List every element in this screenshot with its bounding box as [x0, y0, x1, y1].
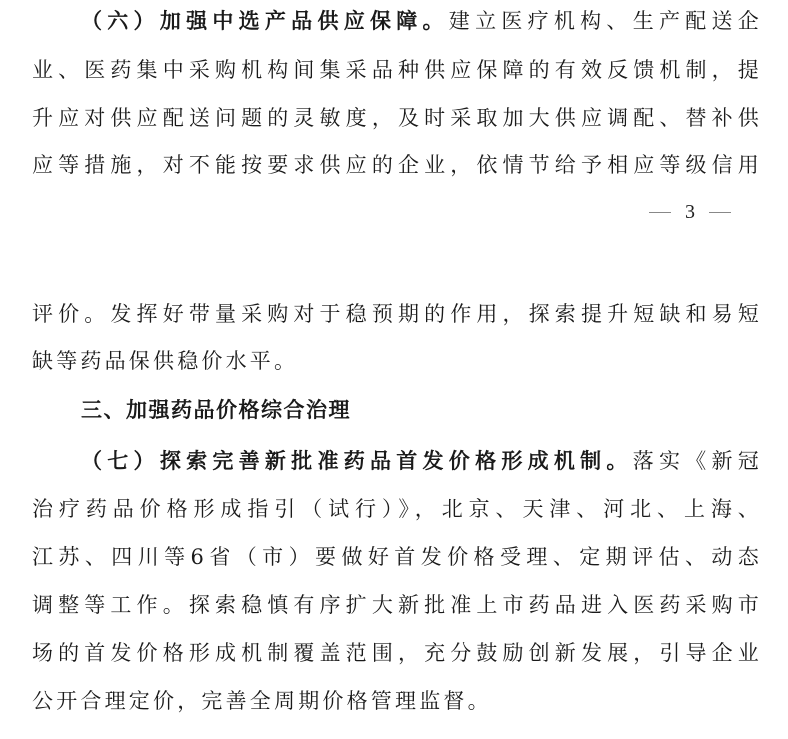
paragraph-7-line-1: （七）探索完善新批准药品首发价格形成机制。落实《新冠: [81, 446, 762, 476]
paragraph-7-line-5: 场的首发价格形成机制覆盖范围，充分鼓励创新发展，引导企业: [32, 638, 762, 668]
paragraph-6-cont-line-1: 评价。发挥好带量采购对于稳预期的作用，探索提升短缺和易短: [32, 299, 762, 329]
paragraph-6-cont-line-2: 缺等药品保供稳价水平。: [32, 346, 762, 376]
paragraph-7-line-2: 治疗药品价格形成指引（试行）》，北京、天津、河北、上海、: [32, 494, 762, 524]
page-number-value: 3: [685, 201, 695, 224]
paragraph-6-line-1: （六）加强中选产品供应保障。建立医疗机构、生产配送企: [81, 6, 762, 36]
paragraph-7-line-6: 公开合理定价，完善全周期价格管理监督。: [32, 686, 762, 716]
page-number-dash-right: [709, 212, 731, 213]
page-number-dash-left: [649, 212, 671, 213]
paragraph-7-line-4: 调整等工作。探索稳慎有序扩大新批准上市药品进入医药采购市: [32, 590, 762, 620]
paragraph-6-title: （六）加强中选产品供应保障。: [81, 8, 449, 33]
paragraph-6-line-4: 应等措施，对不能按要求供应的企业，依情节给予相应等级信用: [32, 150, 762, 180]
paragraph-7-line-3: 江苏、四川等6省（市）要做好首发价格受理、定期评估、动态: [32, 542, 762, 572]
paragraph-7-title: （七）探索完善新批准药品首发价格形成机制。: [81, 448, 633, 473]
paragraph-7-line-1-text: 落实《新冠: [633, 449, 762, 473]
section-heading-3: 三、加强药品价格综合治理: [81, 395, 351, 425]
paragraph-6-line-3: 升应对供应配送问题的灵敏度，及时采取加大供应调配、替补供: [32, 103, 762, 133]
page-number: 3: [640, 198, 740, 226]
paragraph-6-line-2: 业、医药集中采购机构间集采品种供应保障的有效反馈机制，提: [32, 55, 762, 85]
paragraph-6-line-1-text: 建立医疗机构、生产配送企: [449, 9, 762, 33]
